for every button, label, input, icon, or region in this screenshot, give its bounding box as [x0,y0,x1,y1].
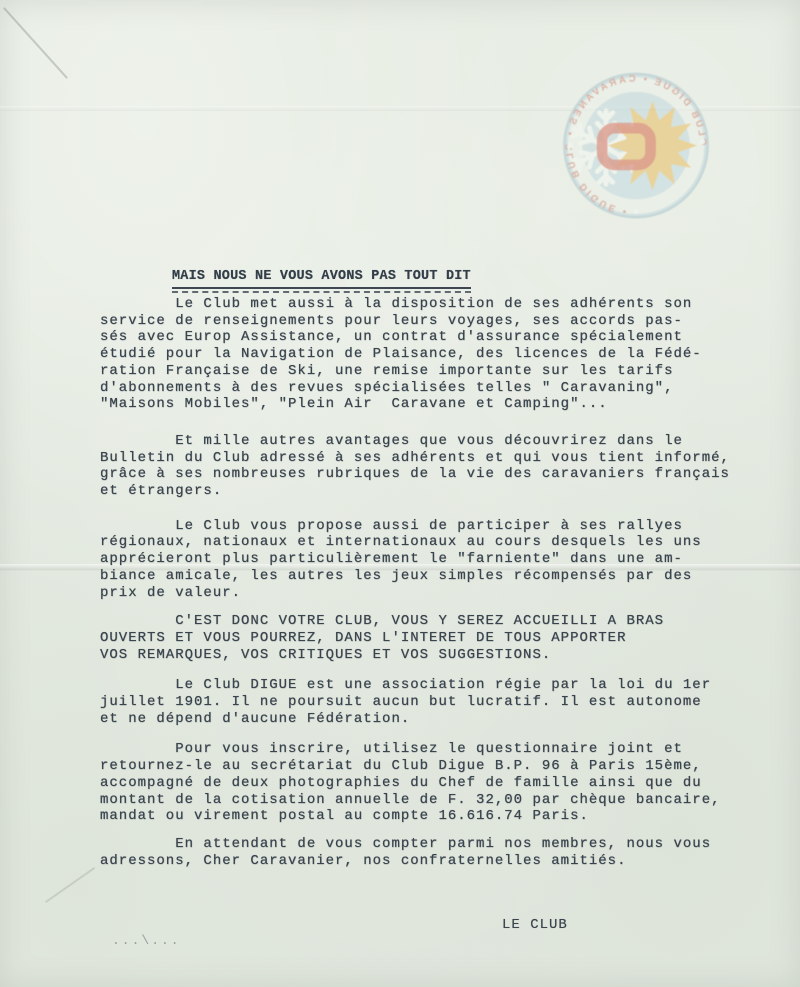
text-line: juillet 1901. Il ne poursuit aucun but l… [100,694,760,711]
text-line: VOS REMARQUES, VOS CRITIQUES ET VOS SUGG… [100,647,760,664]
paragraph-6: Pour vous inscrire, utilisez le question… [100,741,760,825]
text-line: étudié pour la Navigation de Plaisance, … [100,346,760,363]
text-line: Le Club DIGUE est une association régie … [100,677,760,694]
text-line: et étrangers. [100,483,760,500]
letter-heading: MAIS NOUS NE VOUS AVONS PAS TOUT DIT [172,266,471,293]
paragraph-5: Le Club DIGUE est une association régie … [100,677,760,727]
text-line: prix de valeur. [100,585,760,602]
text-line: Le Club vous propose aussi de participer… [100,518,760,535]
text-line: Le Club met aussi à la disposition de se… [100,296,760,313]
text-line: biance amicale, les autres les jeux simp… [100,568,760,585]
text-line: Bulletin du Club adressé à ses adhérents… [100,450,760,467]
paragraph-7: En attendant de vous compter parmi nos m… [100,836,760,869]
text-line: retournez-le au secrétariat du Club Digu… [100,758,760,775]
text-line: apprécieront plus particulièrement le "f… [100,551,760,568]
text-line: accompagné de deux photographies du Chef… [100,775,760,792]
title-dashed-underline [172,291,471,293]
text-line: régionaux, nationaux et internationaux a… [100,534,760,551]
text-line: En attendant de vous compter parmi nos m… [100,836,760,853]
text-line: sés avec Europ Assistance, un contrat d'… [100,329,760,346]
text-line: Et mille autres avantages que vous décou… [100,433,760,450]
paragraph-1: Le Club met aussi à la disposition de se… [100,296,760,413]
text-line: "Maisons Mobiles", "Plein Air Caravane e… [100,396,760,413]
text-line: d'abonnements à des revues spécialisées … [100,380,760,397]
text-line: OUVERTS ET VOUS POURREZ, DANS L'INTERET … [100,630,760,647]
letter-body: Le Club met aussi à la disposition de se… [100,296,760,869]
text-line: montant de la cotisation annuelle de F. … [100,792,760,809]
text-line: adressons, Cher Caravanier, nos confrate… [100,853,760,870]
text-line: C'EST DONC VOTRE CLUB, VOUS Y SEREZ ACCU… [100,613,760,630]
continuation-mark: ...\... [112,933,181,948]
text-line: service de renseignements pour leurs voy… [100,313,760,330]
signature: LE CLUB [502,917,568,933]
paragraph-2: Et mille autres avantages que vous décou… [100,433,760,500]
text-line: mandat ou virement postal au compte 16.6… [100,808,760,825]
paragraph-4: C'EST DONC VOTRE CLUB, VOUS Y SEREZ ACCU… [100,613,760,663]
text-line: grâce à ses nombreuses rubriques de la v… [100,466,760,483]
text-line: ration Française de Ski, une remise impo… [100,363,760,380]
scanned-letter-page: CLUB DIGUE • CARAVANES • CLUB DIGUE • MA… [0,0,800,987]
page-title: MAIS NOUS NE VOUS AVONS PAS TOUT DIT [172,269,471,289]
paragraph-3: Le Club vous propose aussi de participer… [100,518,760,602]
text-line: et ne dépend d'aucune Fédération. [100,711,760,728]
text-line: Pour vous inscrire, utilisez le question… [100,741,760,758]
